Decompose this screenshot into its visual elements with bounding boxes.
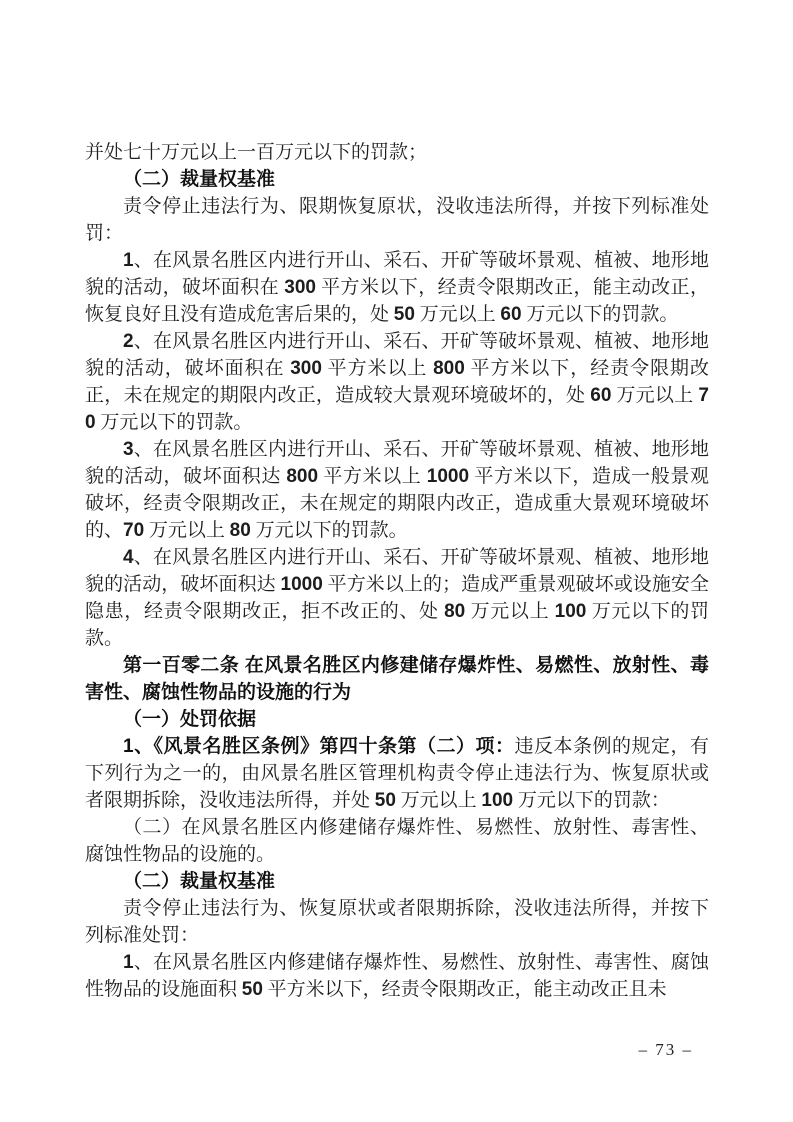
- paragraph-continuation: 并处七十万元以上一百万元以下的罚款；: [85, 139, 709, 166]
- discretion-heading-102: （二）裁量权基准: [85, 868, 709, 895]
- article-102-title: 第一百零二条 在风景名胜区内修建储存爆炸性、易燃性、放射性、毒害性、腐蚀性物品的…: [85, 652, 709, 706]
- discretion-heading-101: （二）裁量权基准: [85, 166, 709, 193]
- discretion-item-3: 3、在风景名胜区内进行开山、采石、开矿等破坏景观、植被、地形地貌的活动，破坏面积…: [85, 436, 709, 544]
- penalty-basis-item-2: （二）在风景名胜区内修建储存爆炸性、易燃性、放射性、毒害性、腐蚀性物品的设施的。: [85, 814, 709, 868]
- penalty-basis-paragraph: 1、《风景名胜区条例》第四十条第（二）项：违反本条例的规定，有下列行为之一的，由…: [85, 733, 709, 814]
- discretion-item-4: 4、在风景名胜区内进行开山、采石、开矿等破坏景观、植被、地形地貌的活动，破坏面积…: [85, 544, 709, 652]
- penalty-basis-citation: 1、《风景名胜区条例》第四十条第（二）项：: [123, 736, 515, 757]
- discretion-intro-101: 责令停止违法行为、限期恢复原状，没收违法所得，并按下列标准处罚：: [85, 193, 709, 247]
- discretion-item-102-1: 1、在风景名胜区内修建储存爆炸性、易燃性、放射性、毒害性、腐蚀性物品的设施面积 …: [85, 949, 709, 1003]
- penalty-basis-heading: （一）处罚依据: [85, 706, 709, 733]
- discretion-intro-102: 责令停止违法行为、恢复原状或者限期拆除，没收违法所得，并按下列标准处罚：: [85, 895, 709, 949]
- discretion-item-2: 2、在风景名胜区内进行开山、采石、开矿等破坏景观、植被、地形地貌的活动，破坏面积…: [85, 328, 709, 436]
- page-number: – 73 –: [639, 1040, 694, 1060]
- discretion-item-1: 1、在风景名胜区内进行开山、采石、开矿等破坏景观、植被、地形地貌的活动，破坏面积…: [85, 247, 709, 328]
- document-page: 并处七十万元以上一百万元以下的罚款； （二）裁量权基准 责令停止违法行为、限期恢…: [0, 0, 793, 1122]
